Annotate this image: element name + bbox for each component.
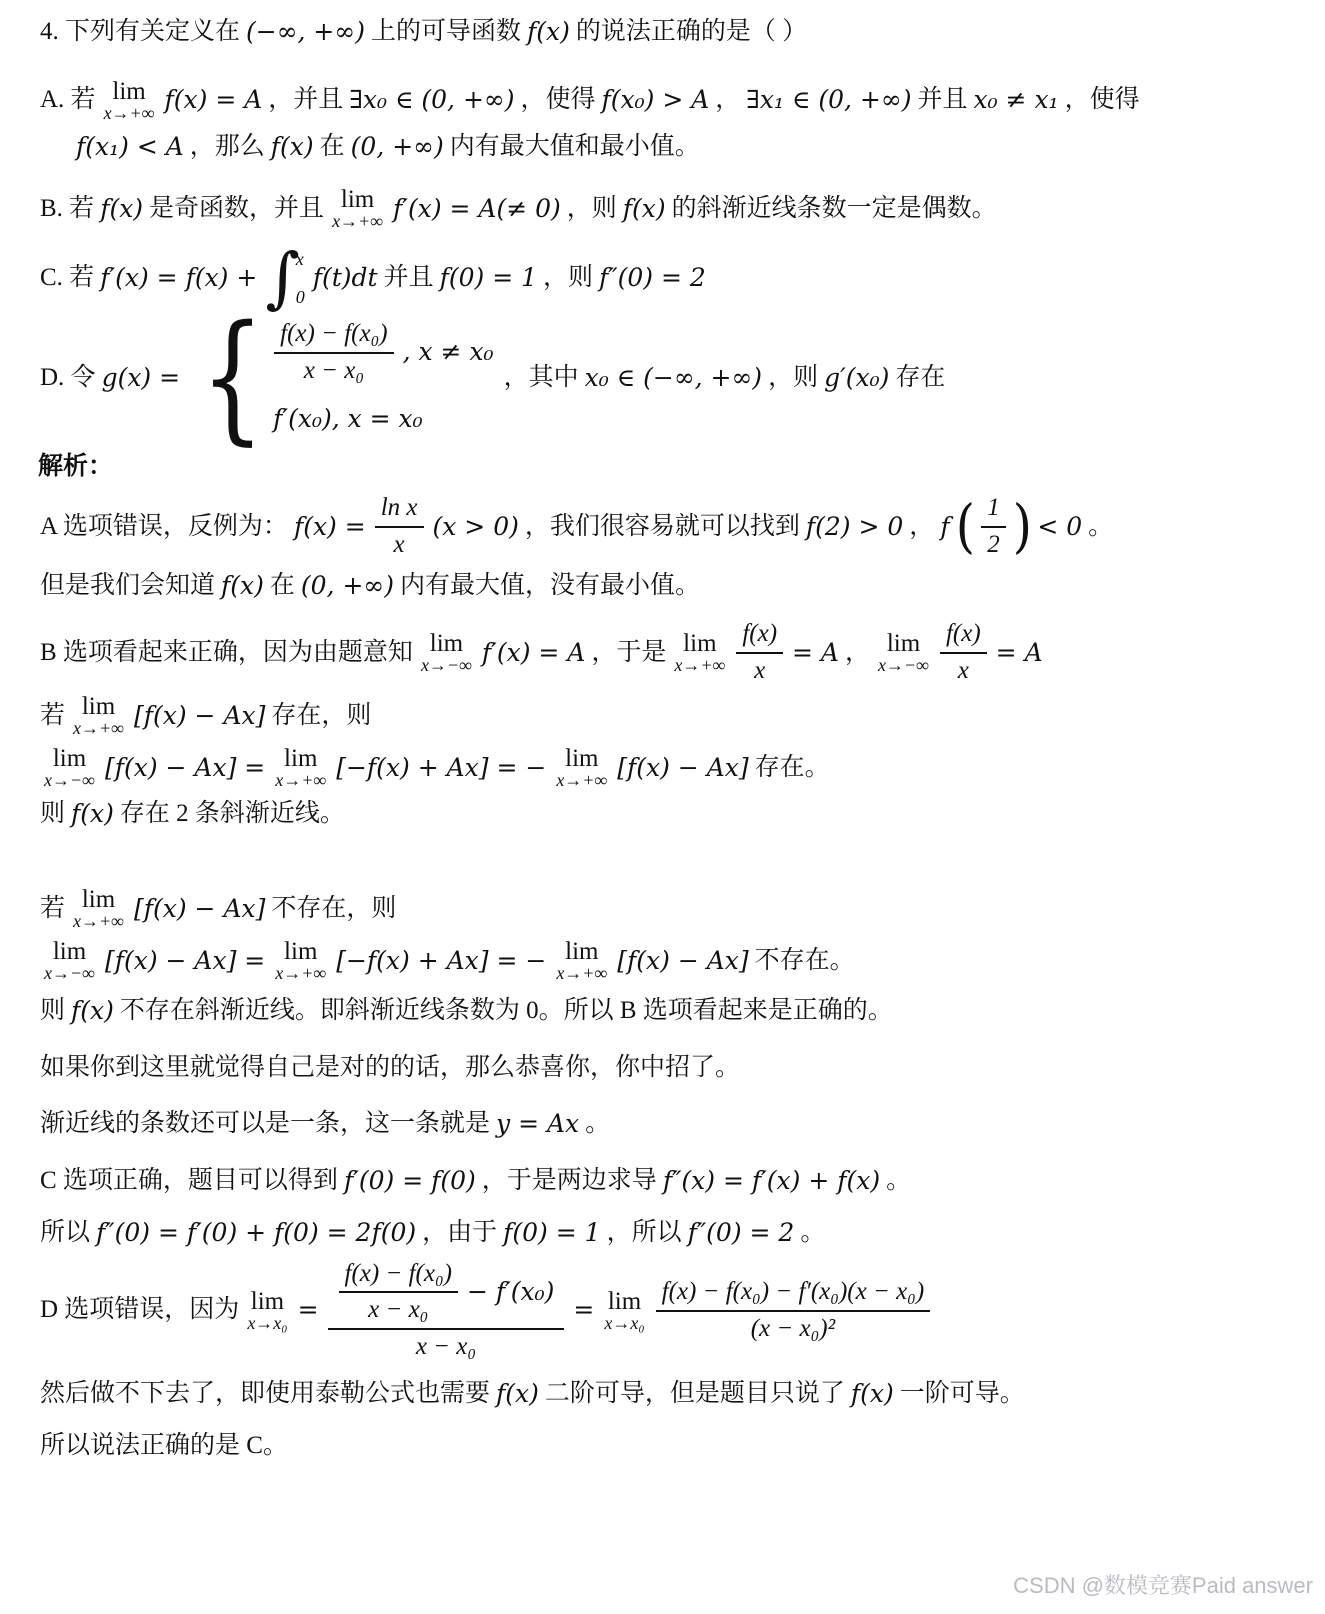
text-segment: 但是我们会知道	[38, 570, 217, 603]
text-segment: 若	[38, 700, 67, 733]
math-segment: f(x₁) < A	[72, 131, 188, 164]
text-segment: ，	[843, 637, 872, 670]
lim-word: lim	[53, 746, 86, 772]
text-segment: ，则	[565, 193, 619, 226]
text-segment: 4. 下列有关定义在	[38, 16, 242, 49]
text-segment: D 选项错误，因为	[38, 1294, 241, 1327]
option-d-line: D. 令 g(x) = { f(x) − f(x₀) x − x₀ , x ≠ …	[38, 320, 1311, 436]
cases-row-1: f(x) − f(x₀) x − x₀ , x ≠ x₀	[269, 320, 497, 386]
math-segment: f	[936, 511, 953, 544]
analysis-b-line-3: lim x→−∞ [f(x) − Ax] = lim x→+∞ [−f(x) +…	[38, 746, 1311, 790]
lim-word: lim	[82, 694, 115, 720]
math-segment: , x ≠ x₀	[399, 336, 498, 369]
option-a-line-2: f(x₁) < A ，那么 f(x) 在 (0, +∞) 内有最大值和最小值。	[38, 131, 1311, 164]
math-segment: [f(x) − Ax]	[130, 700, 269, 733]
analysis-b-line-4: 则 f(x) 存在 2 条斜渐近线。	[38, 798, 1311, 831]
lim-subscript: x→+∞	[332, 212, 383, 231]
math-segment: [f(x) − Ax] =	[101, 945, 269, 978]
fraction-denominator: x − x₀	[298, 354, 370, 386]
math-segment: f(x)	[67, 798, 118, 831]
csdn-watermark: CSDN @数模竞赛Paid answer	[1013, 1569, 1313, 1600]
text-segment: 二阶可导，但是题目只说了	[543, 1378, 847, 1411]
limit-operator: lim x→+∞	[326, 187, 389, 231]
limit-operator: lim x→−∞	[38, 939, 101, 983]
math-segment: f″(x) = f′(x) + f(x)	[659, 1165, 884, 1198]
text-segment: B 选项看起来正确，因为由题意知	[38, 637, 415, 670]
lim-subscript: x→+∞	[73, 719, 124, 738]
lim-subscript: x→+∞	[674, 656, 725, 675]
lim-subscript: x→+∞	[275, 771, 326, 790]
lim-word: lim	[284, 746, 317, 772]
text-segment: ，其中	[502, 362, 581, 395]
limit-operator: lim x→+∞	[550, 746, 613, 790]
analysis-b-line-2: 若 lim x→+∞ [f(x) − Ax] 存在，则	[38, 694, 1311, 738]
text-segment: 在	[268, 570, 297, 603]
lim-word: lim	[565, 939, 598, 965]
fraction-numerator: f(x)	[736, 620, 783, 654]
text-segment: C 选项正确，题目可以得到	[38, 1165, 340, 1198]
text-segment: 的斜渐近线条数一定是偶数。	[670, 193, 999, 226]
analysis-b-line-9: 渐近线的条数还可以是一条，这一条就是 y = Ax 。	[38, 1108, 1311, 1141]
left-paren: (	[955, 511, 974, 543]
text-segment: ，使得	[518, 84, 597, 117]
text-segment: 并且	[915, 84, 969, 117]
lim-subscript: x→+∞	[73, 912, 124, 931]
math-segment: = A	[788, 637, 843, 670]
math-segment: [f(x) − Ax]	[130, 893, 269, 926]
fraction-numerator: f(x) − f(x₀)	[339, 1260, 458, 1294]
lim-word: lim	[565, 746, 598, 772]
math-segment: x₀ ≠ x₁	[969, 84, 1062, 117]
text-segment: 并且	[382, 262, 436, 295]
text-segment: ，由于	[420, 1217, 499, 1250]
text-segment: 存在 2 条斜渐近线。	[118, 798, 347, 831]
math-segment: g(x) =	[98, 362, 185, 395]
math-segment: [−f(x) + Ax] = −	[332, 945, 550, 978]
limit-operator: lim x→+∞	[67, 694, 130, 738]
fraction: 1 2	[976, 494, 1011, 560]
lim-subscript: x→−∞	[44, 771, 95, 790]
lim-subscript: x→+∞	[104, 104, 155, 123]
text-segment: 是奇函数，并且	[147, 193, 326, 226]
lim-word: lim	[683, 631, 716, 657]
math-segment: (0, +∞)	[347, 131, 448, 164]
outer-fraction-denominator: x − x₀	[410, 1330, 482, 1362]
text-segment: ，所以	[605, 1217, 684, 1250]
text-segment: A. 若	[38, 84, 98, 117]
text-segment: ，	[907, 511, 936, 544]
fraction-numerator: f(x) − f(x₀)	[274, 320, 393, 354]
math-segment: x₀ ∈ (−∞, +∞)	[581, 362, 766, 395]
math-segment: =	[569, 1294, 598, 1327]
lim-subscript: x→−∞	[878, 656, 929, 675]
text-segment: 在	[318, 131, 347, 164]
text-segment: 一阶可导。	[898, 1378, 1027, 1411]
math-segment: f″(0) = 2	[595, 262, 710, 295]
text-segment: ，于是两边求导	[480, 1165, 659, 1198]
fraction-denominator: x	[388, 528, 411, 560]
right-paren: )	[1012, 511, 1031, 543]
math-segment: − f′(x₀)	[463, 1278, 558, 1307]
text-segment: 不存在。	[753, 945, 857, 978]
math-segment: f″(0) = 2	[684, 1217, 799, 1250]
text-segment: 所以	[38, 1217, 92, 1250]
inner-fraction: f(x) − f(x₀) x − x₀	[334, 1260, 463, 1326]
lim-subscript: x→+∞	[556, 771, 607, 790]
conclusion-line: 所以说法正确的是 C。	[38, 1430, 1311, 1463]
lim-subscript: x→−∞	[44, 964, 95, 983]
text-segment: 内有最大值和最小值。	[448, 131, 702, 164]
analysis-b-line-8: 如果你到这里就觉得自己是对的的话，那么恭喜你，你中招了。	[38, 1052, 1311, 1085]
math-segment: f(0) = 1	[436, 262, 541, 295]
math-segment: f(x)	[267, 131, 318, 164]
math-segment: f′(x₀), x = x₀	[269, 403, 427, 436]
math-segment: (x > 0)	[429, 511, 523, 544]
document-page: 4. 下列有关定义在 (−∞, +∞) 上的可导函数 f(x) 的说法正确的是（…	[0, 0, 1325, 1499]
analysis-b-line-1: B 选项看起来正确，因为由题意知 lim x→−∞ f′(x) = A ，于是 …	[38, 620, 1311, 686]
lim-word: lim	[53, 939, 86, 965]
math-segment: f(x)	[492, 1378, 543, 1411]
lim-subscript: x→x₀	[604, 1314, 644, 1333]
piecewise-cases: { f(x) − f(x₀) x − x₀ , x ≠ x₀ f′(x₀), x…	[184, 320, 502, 436]
text-segment: C. 若	[38, 262, 96, 295]
lim-word: lim	[608, 1289, 641, 1315]
lim-subscript: x→+∞	[556, 964, 607, 983]
text-segment: 。	[884, 1165, 913, 1198]
fraction: f(x) x	[935, 620, 992, 686]
fraction-denominator: x − x₀	[362, 1293, 434, 1325]
fraction-denominator: (x − x₀)²	[745, 1312, 841, 1344]
limit-operator: lim x→+∞	[668, 631, 731, 675]
lim-subscript: x→+∞	[275, 964, 326, 983]
text-segment: 上的可导函数	[369, 16, 523, 49]
limit-operator: lim x→x₀	[598, 1289, 650, 1333]
math-segment: f(x)	[619, 193, 670, 226]
text-segment: 存在。	[753, 752, 832, 785]
lim-word: lim	[341, 187, 374, 213]
text-segment: 不存在斜渐近线。即斜渐近线条数为 0。所以 B 选项看起来是正确的。	[118, 995, 895, 1028]
text-segment: 存在，则	[269, 700, 373, 733]
math-segment: f(x) =	[290, 511, 370, 544]
fraction-numerator: f(x) − f(x₀) − f′(x₀)(x − x₀)	[656, 1278, 931, 1312]
math-segment: [f(x) − Ax] =	[101, 752, 269, 785]
limit-operator: lim x→−∞	[38, 746, 101, 790]
math-segment: f(0) = 1	[499, 1217, 604, 1250]
text-segment: ，并且	[266, 84, 345, 117]
math-segment: f(t)dt	[309, 262, 382, 295]
outer-fraction-numerator: f(x) − f(x₀) x − x₀ − f′(x₀)	[328, 1260, 565, 1331]
math-segment: < 0	[1033, 511, 1086, 544]
text-segment: D. 令	[38, 362, 98, 395]
analysis-b-line-5: 若 lim x→+∞ [f(x) − Ax] 不存在，则	[38, 887, 1311, 931]
fraction: ln x x	[370, 494, 429, 560]
math-segment: f(x₀) > A	[598, 84, 714, 117]
fraction-numerator: 1	[981, 494, 1006, 528]
limit-operator: lim x→x₀	[241, 1289, 293, 1333]
math-segment: ∃x₀ ∈ (0, +∞)	[345, 84, 518, 117]
text-segment: ，使得	[1063, 84, 1142, 117]
text-segment: 内有最大值，没有最小值。	[398, 570, 702, 603]
math-segment: ∃x₁ ∈ (0, +∞)	[742, 84, 915, 117]
integral-sign: ∫	[265, 247, 299, 310]
limit-operator: lim x→+∞	[269, 939, 332, 983]
math-segment: f(x)	[96, 193, 147, 226]
lim-word: lim	[887, 631, 920, 657]
limit-operator: lim x→−∞	[415, 631, 478, 675]
math-segment: = A	[992, 637, 1047, 670]
text-segment: 。	[798, 1217, 827, 1250]
analysis-a-line-2: 但是我们会知道 f(x) 在 (0, +∞) 内有最大值，没有最小值。	[38, 570, 1311, 603]
fraction: f(x) − f(x₀) x − x₀	[269, 320, 398, 386]
math-segment: f′(x) = A(≠ 0)	[389, 193, 565, 226]
lim-word: lim	[112, 79, 145, 105]
fraction-denominator: 2	[981, 528, 1006, 560]
math-segment: y = Ax	[492, 1108, 583, 1141]
lim-word: lim	[82, 887, 115, 913]
math-segment: f(x)	[67, 995, 118, 1028]
limit-operator: lim x→−∞	[872, 631, 935, 675]
math-segment: f(x)	[523, 16, 574, 49]
option-b-line: B. 若 f(x) 是奇函数，并且 lim x→+∞ f′(x) = A(≠ 0…	[38, 187, 1311, 231]
option-a-line-1: A. 若 lim x→+∞ f(x) = A ，并且 ∃x₀ ∈ (0, +∞)…	[38, 79, 1311, 123]
text-segment: 存在	[893, 362, 947, 395]
text-segment: 然后做不下去了，即使用泰勒公式也需要	[38, 1378, 492, 1411]
analysis-c-line-2: 所以 f″(0) = f′(0) + f(0) = 2f(0) ，由于 f(0)…	[38, 1217, 1311, 1250]
question-line: 4. 下列有关定义在 (−∞, +∞) 上的可导函数 f(x) 的说法正确的是（…	[38, 16, 1311, 49]
cases-row-2: f′(x₀), x = x₀	[269, 403, 497, 436]
math-segment: [−f(x) + Ax] = −	[332, 752, 550, 785]
analysis-c-line-1: C 选项正确，题目可以得到 f′(0) = f(0) ，于是两边求导 f″(x)…	[38, 1165, 1311, 1198]
text-segment: 渐近线的条数还可以是一条，这一条就是	[38, 1108, 492, 1141]
math-segment: =	[294, 1294, 323, 1327]
math-segment: f′(x) = f(x) +	[96, 262, 261, 295]
limit-operator: lim x→+∞	[67, 887, 130, 931]
text-segment: 若	[38, 893, 67, 926]
limit-operator: lim x→+∞	[98, 79, 161, 123]
cases-rows: f(x) − f(x₀) x − x₀ , x ≠ x₀ f′(x₀), x =…	[269, 320, 497, 436]
math-segment: f′(0) = f(0)	[340, 1165, 480, 1198]
limit-operator: lim x→+∞	[269, 746, 332, 790]
math-segment: (−∞, +∞)	[242, 16, 369, 49]
text-segment: ，则	[541, 262, 595, 295]
text-segment: ，那么	[188, 131, 267, 164]
math-segment: [f(x) − Ax]	[613, 945, 752, 978]
text-segment: ，我们很容易就可以找到	[523, 511, 802, 544]
text-segment: ，则	[766, 362, 820, 395]
integral-upper-limit: x	[296, 248, 305, 271]
fraction-denominator: x	[952, 654, 975, 686]
text-segment: ，	[713, 84, 742, 117]
math-segment: f(2) > 0	[802, 511, 907, 544]
math-segment: (0, +∞)	[297, 570, 398, 603]
integral-limits: x 0	[296, 247, 305, 310]
analysis-title: 解析：	[38, 450, 113, 483]
fraction-numerator: f(x)	[940, 620, 987, 654]
text-segment: 的说法正确的是（ ）	[574, 16, 809, 49]
outer-fraction: f(x) − f(x₀) x − x₀ − f′(x₀) x − x₀	[323, 1260, 570, 1362]
math-segment: f(x)	[217, 570, 268, 603]
lim-subscript: x→x₀	[247, 1314, 287, 1333]
conclusion-text: 所以说法正确的是 C。	[38, 1430, 290, 1463]
cases-brace: {	[201, 322, 265, 434]
math-segment: f′(x) = A	[478, 637, 589, 670]
fraction: f(x) x	[731, 620, 788, 686]
lim-word: lim	[430, 631, 463, 657]
lim-word: lim	[251, 1289, 284, 1315]
integral-expression: ∫ x 0	[261, 247, 308, 310]
integral-lower-limit: 0	[296, 286, 305, 309]
fraction-denominator: x	[748, 654, 771, 686]
math-segment: g′(x₀)	[820, 362, 893, 395]
math-segment: [f(x) − Ax]	[613, 752, 752, 785]
analysis-b-line-7: 则 f(x) 不存在斜渐近线。即斜渐近线条数为 0。所以 B 选项看起来是正确的…	[38, 995, 1311, 1028]
text-segment: 则	[38, 995, 67, 1028]
fraction-numerator: ln x	[375, 494, 424, 528]
analysis-d-line-1: D 选项错误，因为 lim x→x₀ = f(x) − f(x₀) x − x₀…	[38, 1260, 1311, 1362]
lim-word: lim	[284, 939, 317, 965]
analysis-b-line-6: lim x→−∞ [f(x) − Ax] = lim x→+∞ [−f(x) +…	[38, 939, 1311, 983]
text-segment: ，于是	[589, 637, 668, 670]
lim-subscript: x→−∞	[421, 656, 472, 675]
text-segment: 。	[583, 1108, 612, 1141]
text-segment: 。	[1086, 511, 1115, 544]
text-segment: A 选项错误，反例为：	[38, 511, 290, 544]
math-segment: f″(0) = f′(0) + f(0) = 2f(0)	[92, 1217, 420, 1250]
limit-operator: lim x→+∞	[550, 939, 613, 983]
text-segment: 如果你到这里就觉得自己是对的的话，那么恭喜你，你中招了。	[38, 1052, 742, 1085]
text-segment: 则	[38, 798, 67, 831]
text-segment: 不存在，则	[269, 893, 398, 926]
text-segment: B. 若	[38, 193, 96, 226]
math-segment: f(x)	[847, 1378, 898, 1411]
analysis-a-line-1: A 选项错误，反例为： f(x) = ln x x (x > 0) ，我们很容易…	[38, 494, 1311, 560]
analysis-d-line-2: 然后做不下去了，即使用泰勒公式也需要 f(x) 二阶可导，但是题目只说了 f(x…	[38, 1378, 1311, 1411]
fraction: f(x) − f(x₀) − f′(x₀)(x − x₀) (x − x₀)²	[651, 1278, 936, 1344]
math-segment: f(x) = A	[161, 84, 267, 117]
